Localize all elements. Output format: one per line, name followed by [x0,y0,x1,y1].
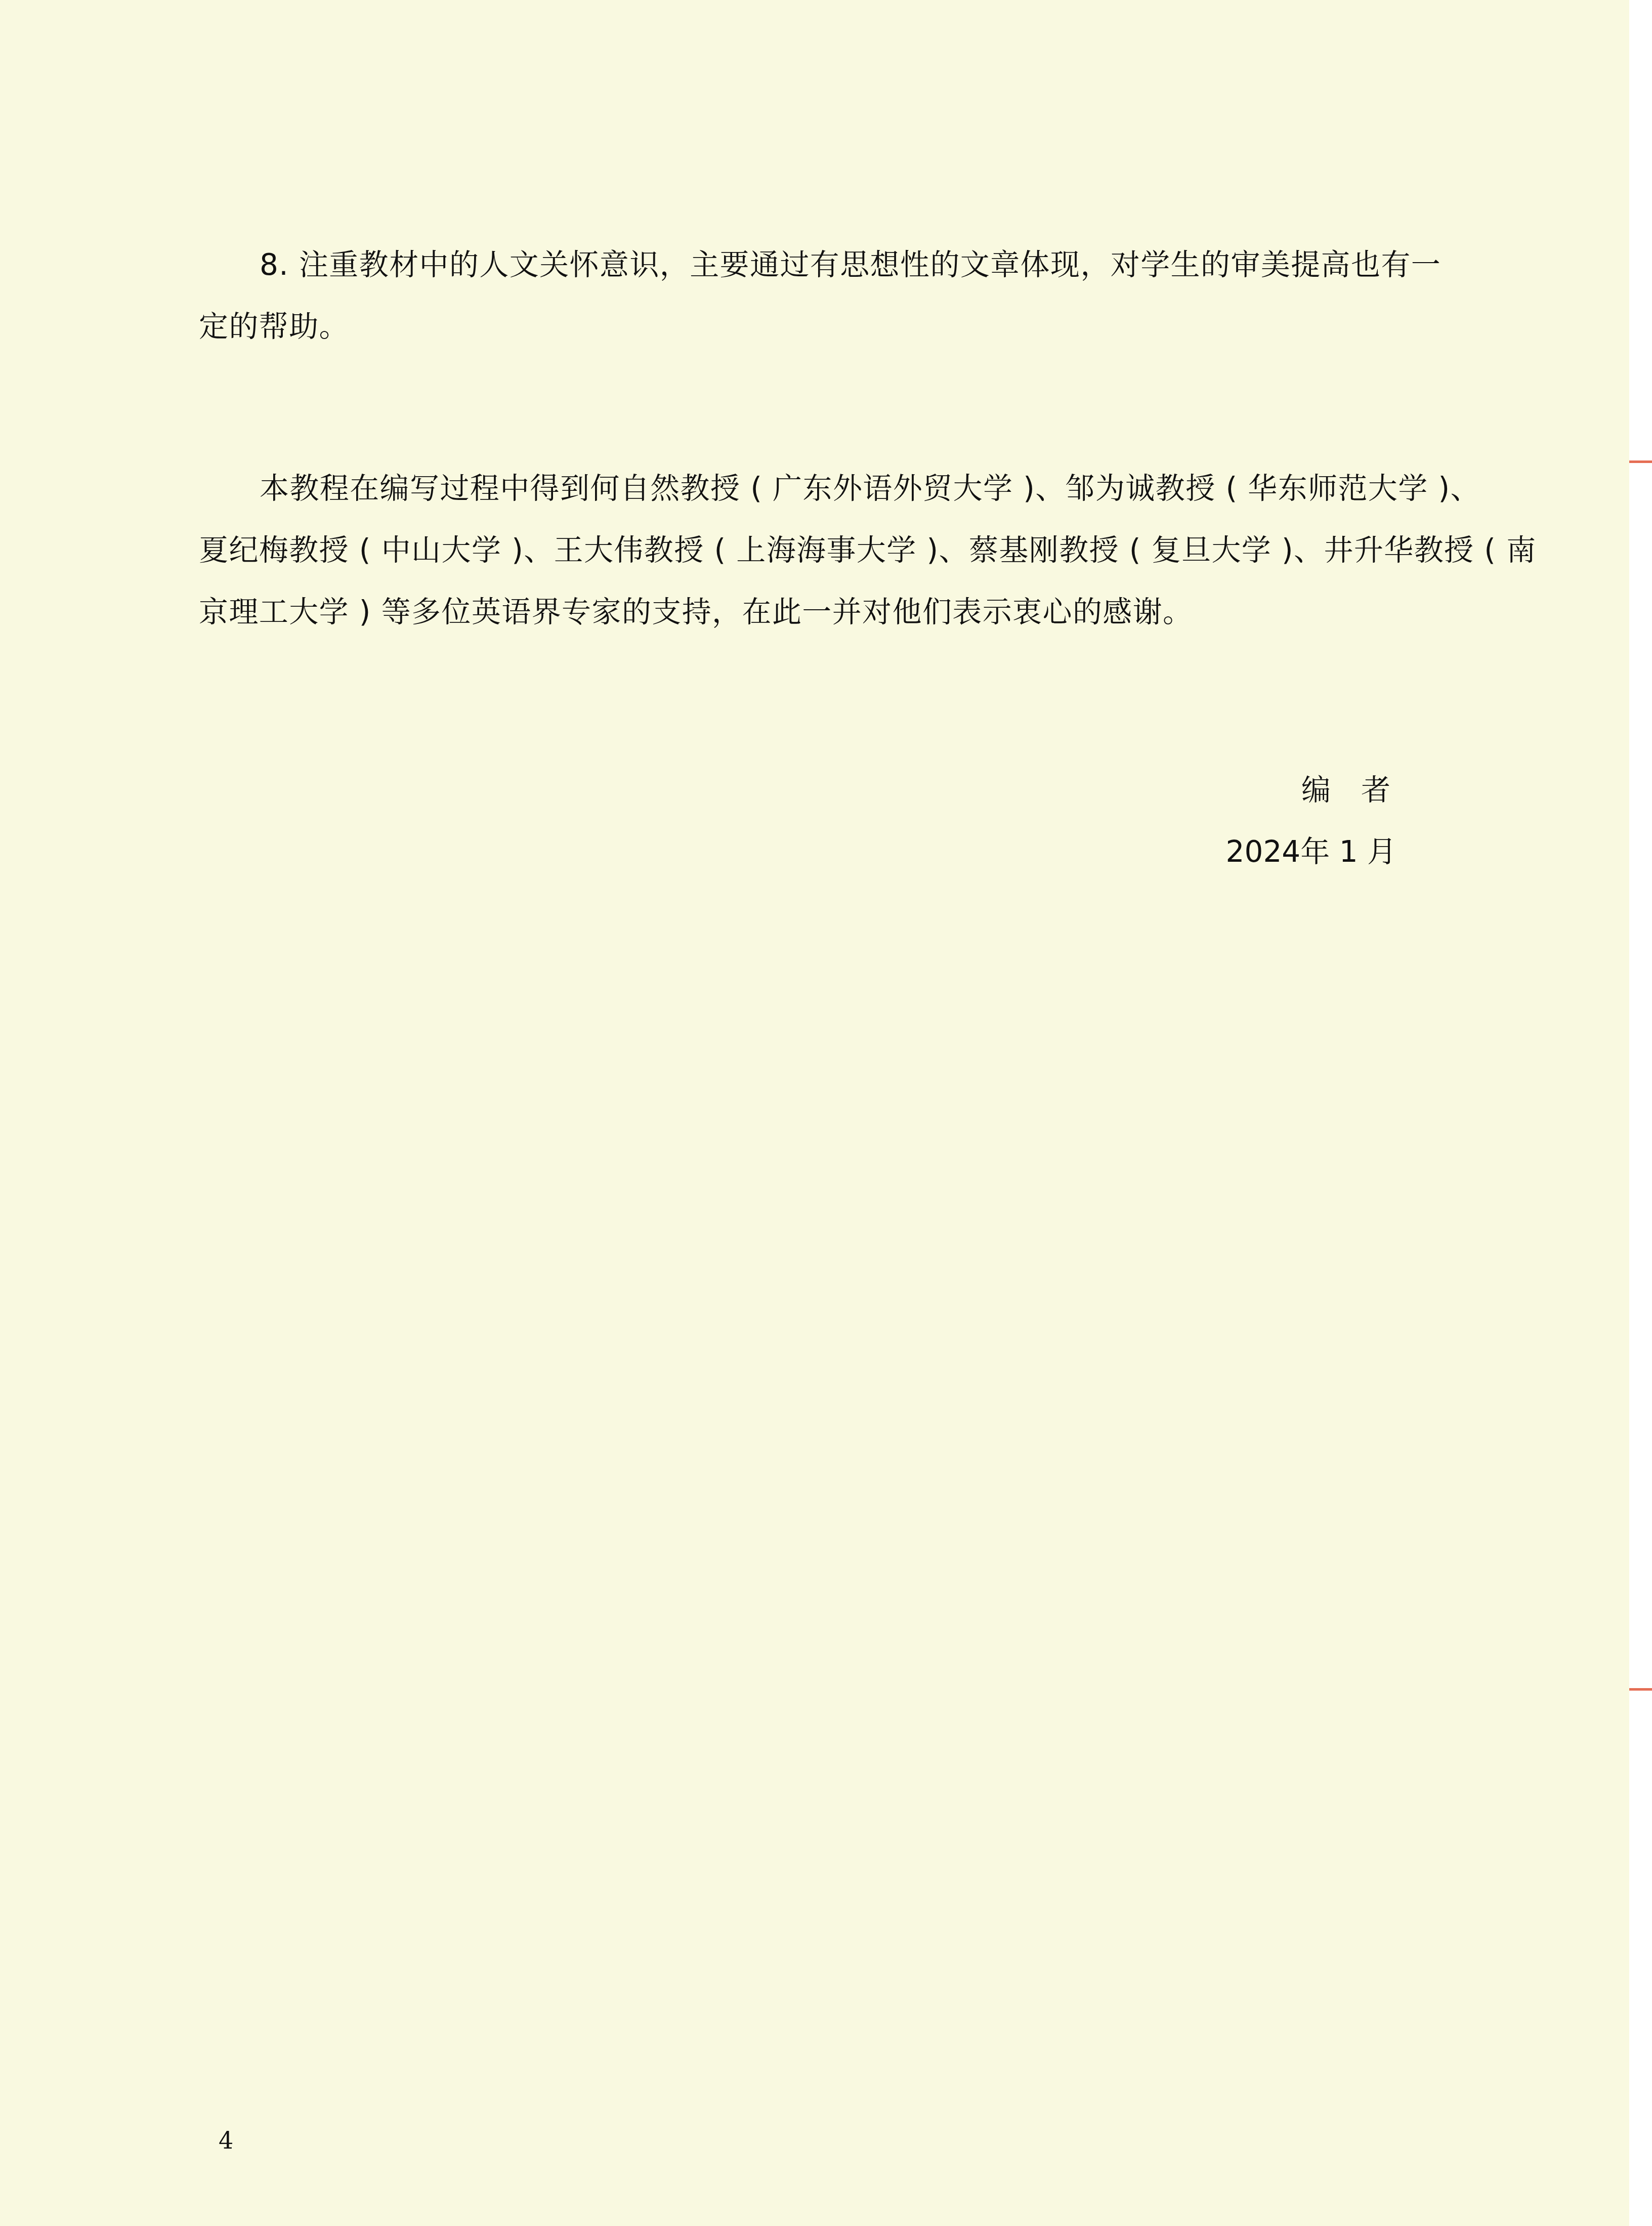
paragraph-acknowledgements: 本教程在编写过程中得到何自然教授 ( 广东外语外贸大学 )、邹为诚教授 ( 华东… [199,457,1454,643]
text-line: 夏纪梅教授 ( 中山大学 )、王大伟教授 ( 上海海事大学 )、蔡基刚教授 ( … [199,519,1454,581]
text-line: 本教程在编写过程中得到何自然教授 ( 广东外语外贸大学 )、邹为诚教授 ( 华东… [199,457,1454,519]
paragraph-item-8: 8. 注重教材中的人文关怀意识，主要通过有思想性的文章体现，对学生的审美提高也有… [199,234,1454,357]
signature-date: 2024年 1 月 [1226,821,1396,883]
signature-author-char: 者 [1361,773,1390,807]
signature-author-char: 编 [1301,773,1331,807]
page-number: 4 [219,2125,233,2156]
signature-author: 编者 [1226,759,1396,821]
trim-mark-top [1629,460,1652,463]
text-line: 定的帮助。 [199,296,1454,357]
trim-mark-bottom [1629,1688,1652,1691]
text-line: 京理工大学 ) 等多位英语界专家的支持，在此一并对他们表示衷心的感谢。 [199,581,1454,643]
text-line: 8. 注重教材中的人文关怀意识，主要通过有思想性的文章体现，对学生的审美提高也有… [199,234,1454,296]
signature-block: 编者 2024年 1 月 [1226,759,1396,883]
document-page: 8. 注重教材中的人文关怀意识，主要通过有思想性的文章体现，对学生的审美提高也有… [0,0,1629,2226]
